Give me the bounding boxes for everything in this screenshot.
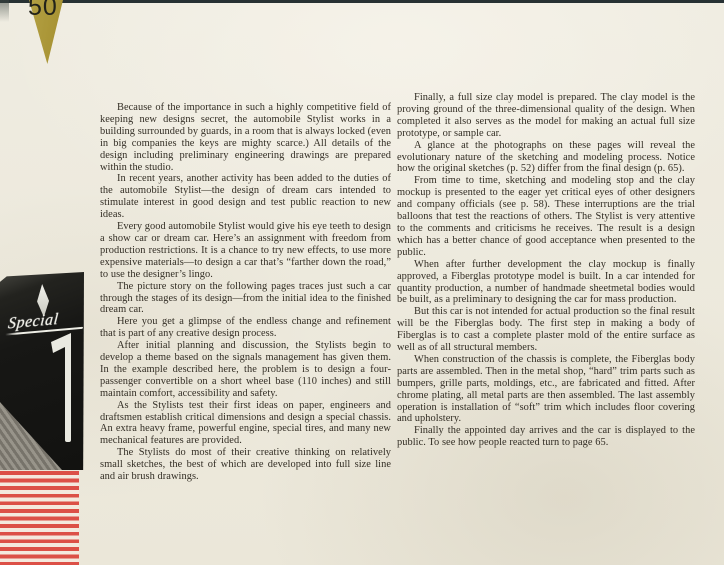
paragraph: After initial planning and discussion, t… bbox=[100, 340, 391, 400]
paragraph: When after further development the clay … bbox=[397, 259, 695, 307]
paragraph: A glance at the photographs on these pag… bbox=[397, 140, 695, 176]
page-top-edge-bar bbox=[0, 0, 724, 3]
paragraph: In recent years, another activity has be… bbox=[100, 173, 391, 221]
paragraph: The Stylists do most of their creative t… bbox=[100, 447, 391, 483]
page-number: 50 bbox=[28, 0, 68, 22]
paragraph: Every good automobile Stylist would give… bbox=[100, 221, 391, 281]
paragraph: Finally the appointed day arrives and th… bbox=[397, 425, 695, 449]
page-corner-shadow bbox=[0, 0, 9, 22]
red-stripe-pattern bbox=[0, 471, 79, 565]
paragraph: As the Stylists test their first ideas o… bbox=[100, 400, 391, 448]
left-text-column: Because of the importance in such a high… bbox=[100, 102, 391, 483]
book-page: 50 Special Because of the importance in … bbox=[0, 0, 724, 565]
paragraph: Finally, a full size clay model is prepa… bbox=[397, 92, 695, 140]
car-door-photo: Special bbox=[0, 272, 84, 470]
chrome-vertical-emblem-icon bbox=[50, 332, 76, 446]
paragraph: Because of the importance in such a high… bbox=[100, 102, 391, 173]
paragraph: From time to time, sketching and modelin… bbox=[397, 175, 695, 258]
paragraph: But this car is not intended for actual … bbox=[397, 306, 695, 354]
special-script-emblem: Special bbox=[7, 309, 84, 334]
paragraph: When construction of the chassis is comp… bbox=[397, 354, 695, 425]
paragraph: Here you get a glimpse of the endless ch… bbox=[100, 316, 391, 340]
paragraph: The picture story on the following pages… bbox=[100, 281, 391, 317]
right-text-column: Finally, a full size clay model is prepa… bbox=[397, 92, 695, 449]
